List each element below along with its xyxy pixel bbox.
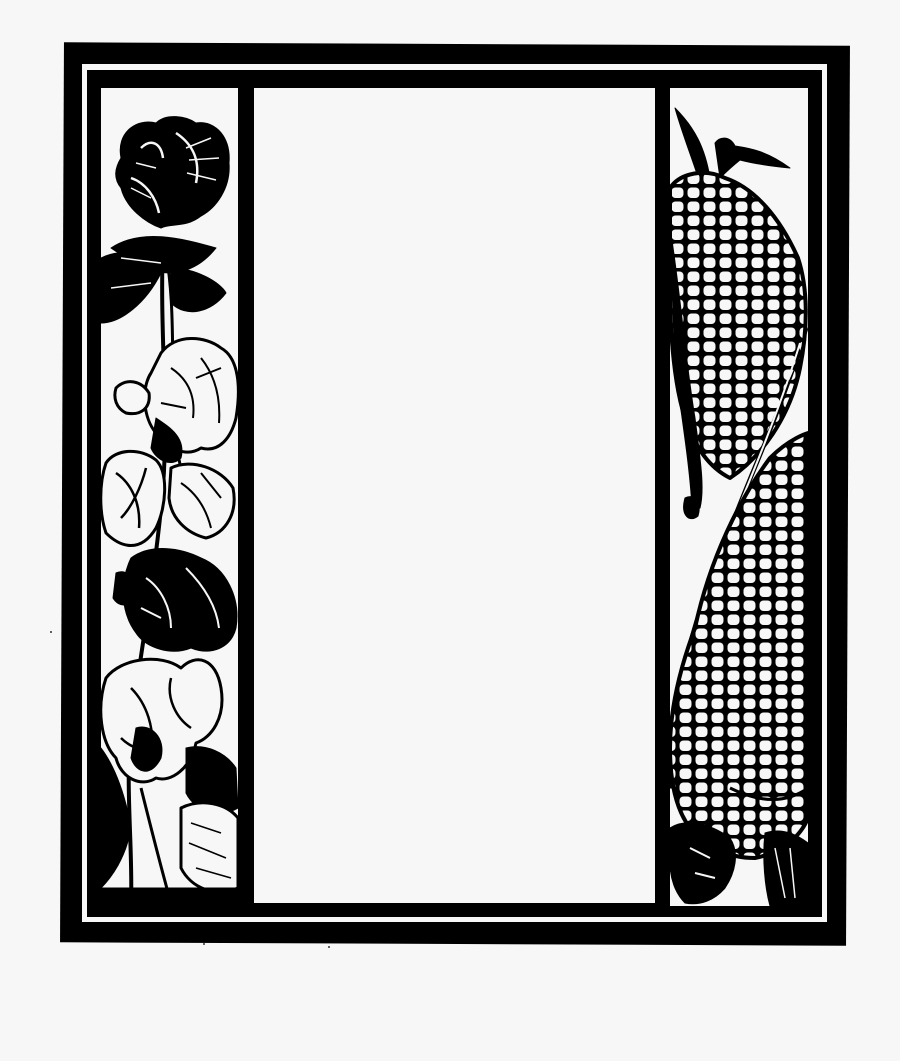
right-panel-corn: [670, 88, 808, 906]
left-panel-sweet-peas: [101, 88, 238, 903]
corn-illustration: [670, 88, 808, 906]
center-blank-panel: [254, 88, 655, 903]
sweet-pea-illustration: [101, 88, 238, 903]
ink-speck: [50, 631, 52, 633]
ink-speck: [203, 943, 205, 945]
ink-speck: [328, 946, 330, 948]
